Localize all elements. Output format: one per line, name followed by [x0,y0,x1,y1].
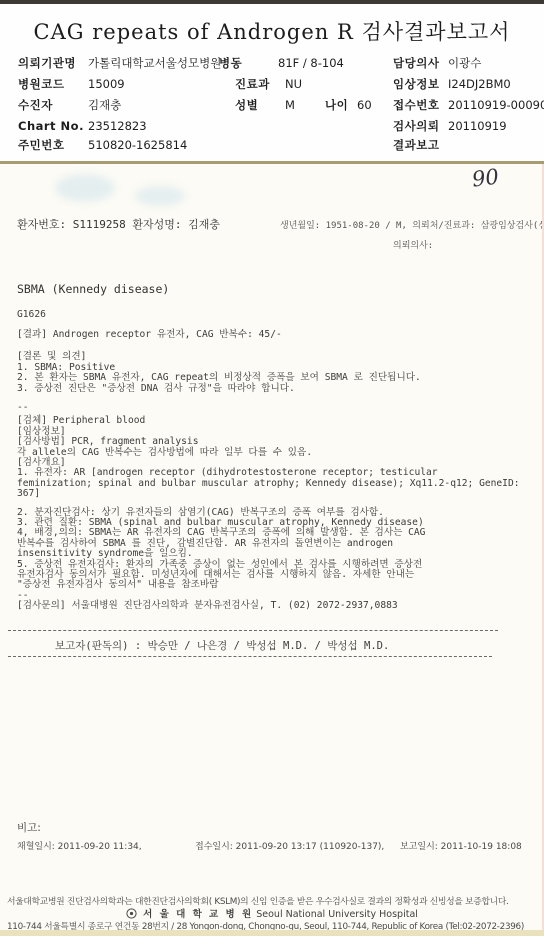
report-line: G1626 [17,310,543,320]
report-body: SBMA (Kennedy disease)G1626[결과] Androgen… [17,283,543,612]
org-value: 가톨릭대학교서울성모병원 [88,57,221,70]
handwritten-number: 90 [471,164,500,191]
scan-stain [135,186,185,206]
referring-doctor-line: 의뢰의사: [393,238,433,251]
sex-value: M [285,99,295,112]
org-label: 의뢰기관명 [18,57,76,70]
age-label: 나이 [325,99,348,112]
attending-doctor-label: 담당의사 [393,57,439,70]
report-title: CAG repeats of Androgen R 검사결과보고서 [0,16,544,46]
reporter-divider-top [8,630,498,631]
ward-value: 81F / 8-104 [278,57,344,70]
received-datetime: 접수일시: 2011-09-20 13:17 (110920-137), [195,839,384,852]
test-order-label: 검사의뢰 [393,120,439,133]
hospital-code-value: 15009 [88,78,125,91]
report-line: feminization; spinal and bulbar muscular… [17,479,543,489]
reporter-divider-bottom [8,656,492,657]
result-report-label: 결과보고 [393,139,439,152]
attending-doctor-value: 이광수 [448,57,481,70]
clinical-info-value: I24DJ2BM0 [448,78,511,91]
report-line: [검사문의] 서울대병원 진단검사의학과 분자유전검사실, T. (02) 20… [17,601,543,611]
department-value: NU [285,78,302,91]
report-line: -- [17,403,543,413]
receipt-no-label: 접수번호 [393,99,439,112]
birthdate-referrer-line: 생년월일: 1951-08-20 / M, 의뢰처/진료과: 삼광임상검사(선불… [280,218,544,231]
chart-no-label: Chart No. [18,120,84,133]
reporter-line: 보고자(판독의) : 박승만 / 나은경 / 박성섭 M.D. / 박성섭 M.… [55,638,389,653]
report-line: 367] [17,489,543,499]
clinical-info-label: 임상정보 [393,78,439,91]
resident-no-value: 510820-1625814 [88,139,187,152]
department-label: 진료과 [235,78,270,91]
chart-no-value: 23512823 [88,120,147,133]
report-line: 2. 본 환자는 SBMA 유전자, CAG repeat의 비정상적 증폭을 … [17,373,543,383]
receipt-no-value: 20110919-00090 [448,99,544,112]
hospital-code-label: 병원코드 [18,78,64,91]
report-line: 3. 증상전 진단은 "증상전 DNA 검사 규정"을 따라야 합니다. [17,384,543,394]
sex-label: 성별 [235,99,258,112]
patient-value: 김재충 [88,99,121,112]
resident-no-label: 주민번호 [18,139,64,152]
test-order-value: 20110919 [448,120,507,133]
ward-label: 병동 [219,57,242,70]
age-value: 60 [357,99,372,112]
scanned-report: 90 환자번호: S1119258 환자성명: 김재충 생년월일: 1951-0… [0,164,544,936]
remark-label: 비고: [17,820,41,835]
lab-report-page: CAG repeats of Androgen R 검사결과보고서 의뢰기관명 … [0,0,544,936]
patient-id-line: 환자번호: S1119258 환자성명: 김재충 [17,216,220,232]
reported-datetime: 보고일시: 2011-10-19 18:08 [400,839,522,852]
report-line: [검체] Peripheral blood [17,416,543,426]
form-header: CAG repeats of Androgen R 검사결과보고서 의뢰기관명 … [0,4,544,163]
report-line: [결과] Androgen receptor 유전자, CAG 반복수: 45/… [17,330,543,340]
report-line: SBMA (Kennedy disease) [17,283,543,297]
patient-label: 수진자 [18,99,53,112]
report-line: "증상전 유전자검사 동의서" 내용을 참조바람 [17,580,543,590]
scan-bottom-edge [0,930,544,936]
scan-stain [55,174,115,202]
report-line: 각 allele의 CAG 반복수는 검사방법에 따라 일부 다를 수 있음. [17,448,543,458]
collected-datetime: 채혈일시: 2011-09-20 11:34, [17,839,142,852]
report-line: [검사방법] PCR, fragment analysis [17,437,543,447]
